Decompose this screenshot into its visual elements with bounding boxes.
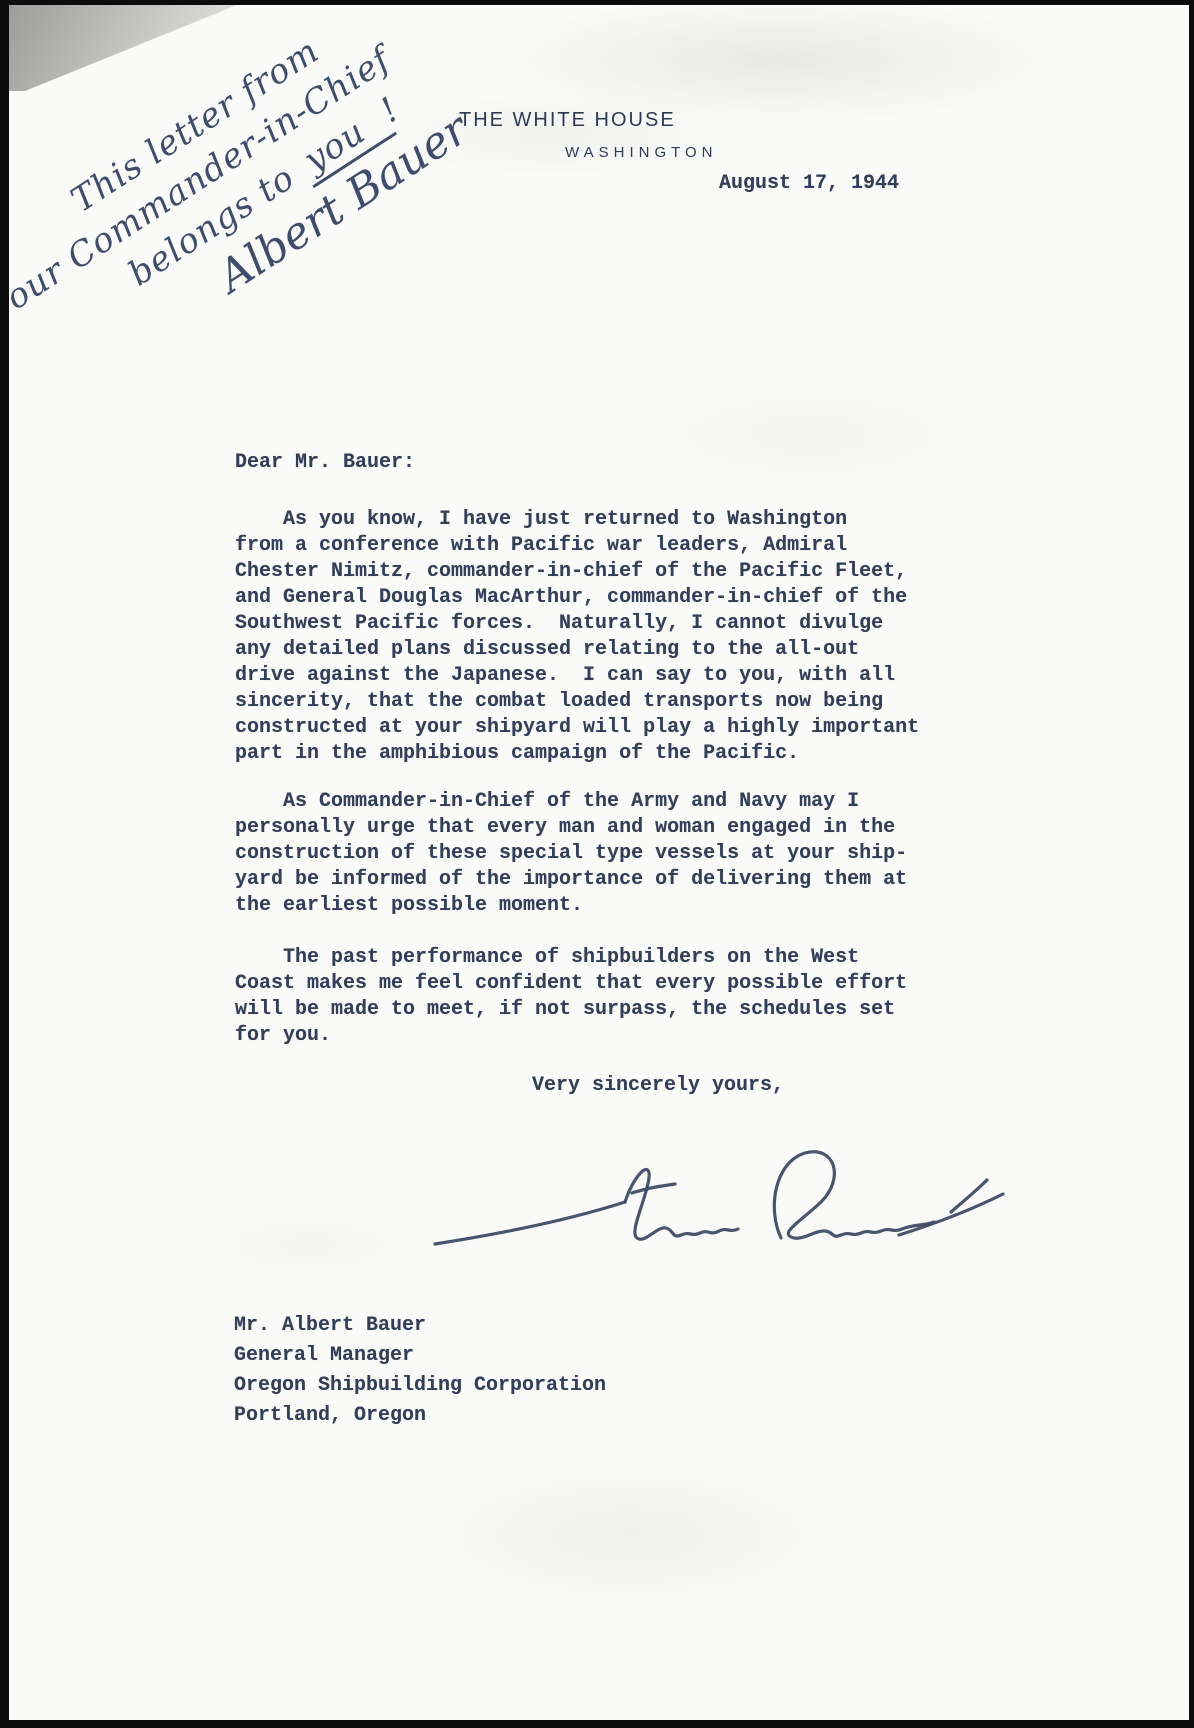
- letterhead-subtitle: WASHINGTON: [565, 144, 718, 161]
- paragraph-2: As Commander-in-Chief of the Army and Na…: [235, 789, 907, 919]
- signature-cross-stroke: [632, 1184, 675, 1193]
- note-line-3: belongs to you!: [121, 0, 548, 295]
- paragraph-3: The past performance of shipbuilders on …: [235, 945, 907, 1049]
- letterhead-title: THE WHITE HOUSE: [459, 109, 676, 132]
- signature-franklin-stroke: [625, 1170, 738, 1240]
- signature-end-flourish: [899, 1194, 1003, 1235]
- signature-lead-stroke: [435, 1202, 625, 1244]
- letter-scan-page: This letter from our Commander-in-Chief …: [0, 0, 1194, 1728]
- salutation: Dear Mr. Bauer:: [235, 450, 415, 476]
- paragraph-1: As you know, I have just returned to Was…: [235, 507, 919, 767]
- handwritten-note: This letter from our Commander-in-Chief …: [0, 0, 631, 509]
- fdr-signature: [429, 1138, 1009, 1273]
- closing-line: Very sincerely yours,: [532, 1073, 784, 1099]
- signature-roosevelt-stroke: [774, 1152, 934, 1238]
- signature-t-cross: [951, 1180, 987, 1212]
- note-line-3-punct: !: [373, 89, 407, 131]
- scan-corner-fold: [9, 5, 237, 91]
- note-signature-albert-bauer: Albert Bauer: [208, 36, 580, 304]
- note-underlined-word: you: [290, 97, 397, 188]
- recipient-address-block: Mr. Albert Bauer General Manager Oregon …: [234, 1311, 606, 1431]
- note-line-3-pre: belongs to: [121, 157, 302, 294]
- date-line: August 17, 1944: [719, 171, 899, 197]
